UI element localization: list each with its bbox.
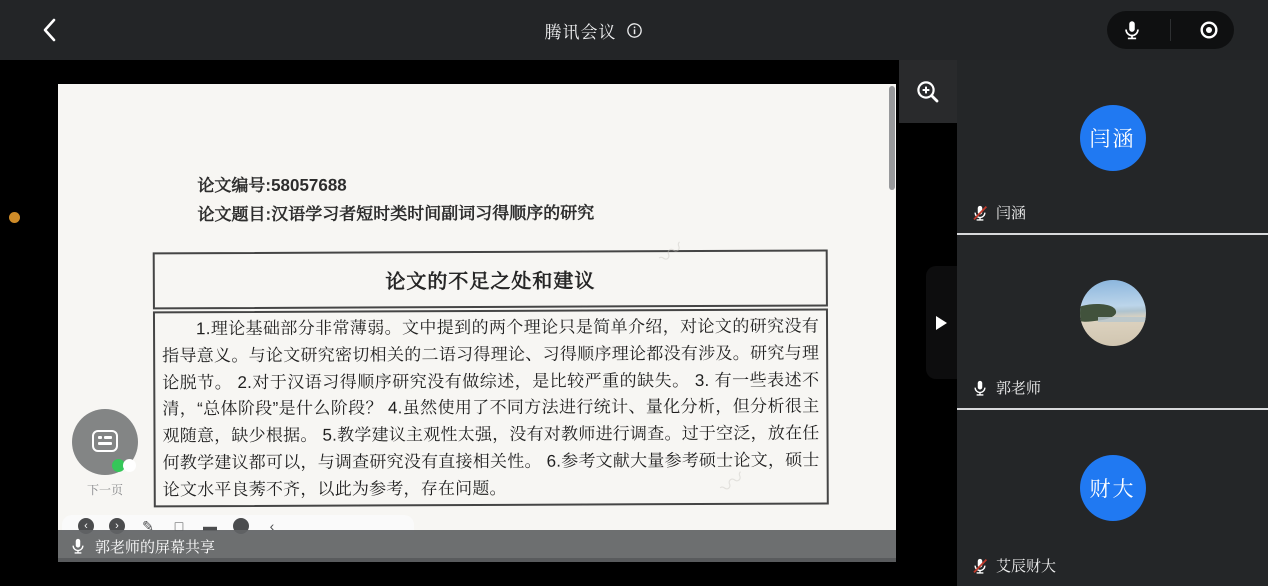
participants-panel-toggle[interactable] — [926, 266, 957, 379]
participant-name-row: 艾辰财大 — [971, 555, 1056, 576]
avatar: 闫涵 — [1080, 105, 1146, 171]
participant-name-row: 郭老师 — [971, 377, 1041, 398]
participant-tile[interactable]: 闫涵 闫涵 — [957, 60, 1268, 233]
beach-water-shape — [1098, 317, 1146, 322]
app-title: 腾讯会议 — [545, 18, 617, 43]
participants-panel: 闫涵 闫涵 — [957, 60, 1268, 586]
mic-button[interactable] — [1120, 18, 1144, 42]
mic-on-icon — [971, 379, 989, 397]
avatar-initials: 闫涵 — [1090, 123, 1136, 153]
next-page-button[interactable] — [72, 409, 138, 475]
screen-share-area: 论文编号:58057688 论文题目:汉语学习者短时类时间副词习得顺序的研究 论… — [0, 60, 957, 586]
meeting-app-window: 腾讯会议 — [0, 0, 1268, 586]
paper-title-line: 论文题目:汉语学习者短时类时间副词习得顺序的研究 — [197, 198, 594, 229]
notes-card-icon — [92, 430, 118, 452]
document-page: 论文编号:58057688 论文题目:汉语学习者短时类时间副词习得顺序的研究 论… — [58, 84, 896, 558]
document-scrollbar[interactable] — [889, 86, 895, 190]
document-header-lines: 论文编号:58057688 论文题目:汉语学习者短时类时间副词习得顺序的研究 — [197, 169, 594, 229]
paper-number-line: 论文编号:58057688 — [197, 169, 594, 200]
mic-muted-icon — [971, 557, 989, 575]
topbar-controls — [1107, 11, 1234, 49]
zoom-in-button[interactable] — [899, 60, 957, 123]
section-heading-box: 论文的不足之处和建议 — [153, 249, 828, 309]
section-heading: 论文的不足之处和建议 — [385, 264, 595, 294]
avatar-photo — [1080, 280, 1146, 346]
participant-name-row: 闫涵 — [971, 202, 1026, 223]
shared-document: 论文编号:58057688 论文题目:汉语学习者短时类时间副词习得顺序的研究 论… — [58, 84, 896, 558]
record-icon — [1198, 19, 1220, 41]
microphone-icon — [1121, 19, 1143, 41]
comments-box: 1.理论基础部分非常薄弱。文中提到的两个理论只是简单介绍，对论文的研究没有指导意… — [153, 308, 829, 507]
presenter-banner-label: 郭老师的屏幕共享 — [95, 536, 215, 557]
microphone-icon — [69, 537, 87, 555]
meeting-title-group: 腾讯会议 — [0, 0, 1188, 60]
toggle-knob-white-dot — [123, 459, 136, 472]
next-page-label: 下一页 — [72, 481, 138, 498]
status-dot — [9, 212, 20, 223]
avatar-initials: 财大 — [1090, 473, 1136, 503]
avatar: 财大 — [1080, 455, 1146, 521]
participant-name: 艾辰财大 — [996, 555, 1056, 576]
participant-name: 郭老师 — [996, 377, 1041, 398]
info-icon[interactable] — [625, 21, 644, 40]
presenter-banner: 郭老师的屏幕共享 — [58, 530, 896, 562]
mic-muted-icon — [971, 204, 989, 222]
record-button[interactable] — [1197, 18, 1221, 42]
magnifier-plus-icon — [913, 77, 943, 107]
pill-divider — [1170, 19, 1171, 41]
participant-tile[interactable]: 财大 艾辰财大 — [957, 410, 1268, 586]
comments-text: 1.理论基础部分非常薄弱。文中提到的两个理论只是简单介绍，对论文的研究没有指导意… — [162, 314, 820, 504]
participant-tile[interactable]: 郭老师 — [957, 235, 1268, 408]
triangle-right-icon — [935, 315, 948, 331]
top-bar: 腾讯会议 — [0, 0, 1268, 60]
participant-name: 闫涵 — [996, 202, 1026, 223]
